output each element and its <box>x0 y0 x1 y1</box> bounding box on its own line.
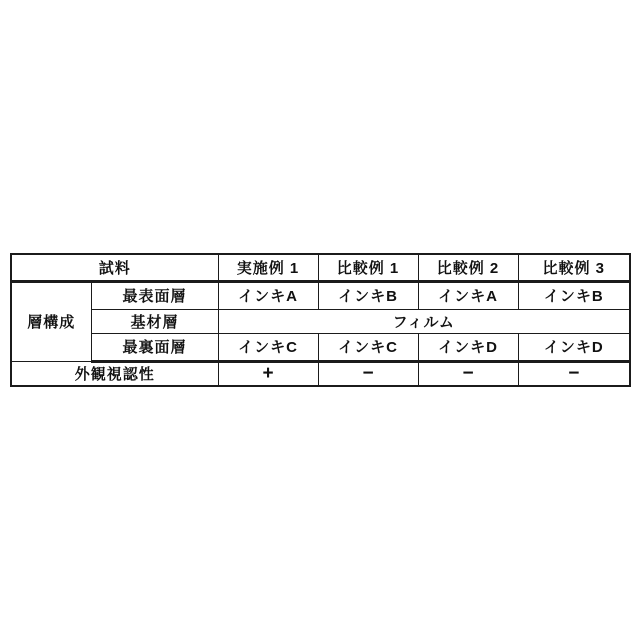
specification-table: 試料 実施例 1 比較例 1 比較例 2 比較例 3 層構成 最表面層 インキA… <box>10 253 631 387</box>
base-layer-value-cell: フィルム <box>218 309 630 333</box>
document-page: 試料 実施例 1 比較例 1 比較例 2 比較例 3 層構成 最表面層 インキA… <box>0 0 640 640</box>
visibility-result-cell: − <box>418 361 518 386</box>
back-layer-value-cell: インキC <box>318 333 418 361</box>
visibility-row: 外観視認性 + − − − <box>11 361 630 386</box>
sample-header-cell: 試料 <box>11 254 218 281</box>
top-layer-value-cell: インキB <box>518 281 630 309</box>
top-layer-value-cell: インキA <box>418 281 518 309</box>
column-header-comparative3: 比較例 3 <box>518 254 630 281</box>
top-layer-value-cell: インキA <box>218 281 318 309</box>
layer-group-cell: 層構成 <box>11 281 91 361</box>
back-layer-row: 最裏面層 インキC インキC インキD インキD <box>11 333 630 361</box>
visibility-result-cell: − <box>518 361 630 386</box>
column-header-comparative1: 比較例 1 <box>318 254 418 281</box>
top-layer-label-cell: 最表面層 <box>91 281 218 309</box>
visibility-label-cell: 外観視認性 <box>11 361 218 386</box>
top-layer-row: 層構成 最表面層 インキA インキB インキA インキB <box>11 281 630 309</box>
back-layer-value-cell: インキC <box>218 333 318 361</box>
visibility-result-cell: − <box>318 361 418 386</box>
visibility-result-cell: + <box>218 361 318 386</box>
top-layer-value-cell: インキB <box>318 281 418 309</box>
back-layer-value-cell: インキD <box>418 333 518 361</box>
back-layer-value-cell: インキD <box>518 333 630 361</box>
base-layer-row: 基材層 フィルム <box>11 309 630 333</box>
column-header-example1: 実施例 1 <box>218 254 318 281</box>
base-layer-label-cell: 基材層 <box>91 309 218 333</box>
header-row: 試料 実施例 1 比較例 1 比較例 2 比較例 3 <box>11 254 630 281</box>
back-layer-label-cell: 最裏面層 <box>91 333 218 361</box>
column-header-comparative2: 比較例 2 <box>418 254 518 281</box>
